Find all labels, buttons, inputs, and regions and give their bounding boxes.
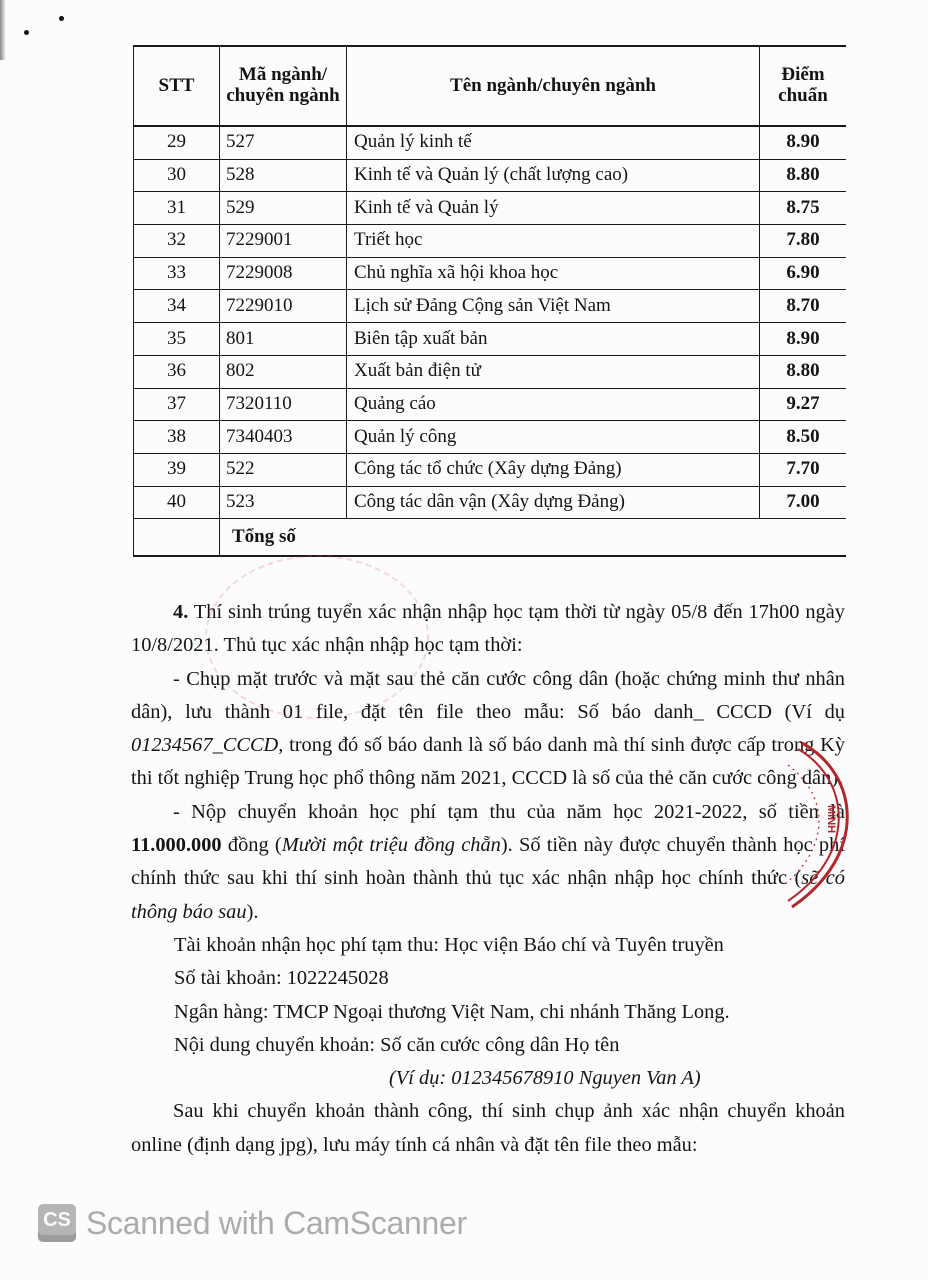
tuition-amount-words: Mười một triệu đồng chẵn [282,834,501,856]
table-header-row: STT Mã ngành/ chuyên ngành Tên ngành/chu… [134,46,847,126]
transfer-example: (Ví dụ: 012345678910 Nguyen Van A) [131,1062,845,1095]
cell-cutoff-score: 7.00 [760,486,847,519]
table-row: 347229010Lịch sử Đảng Cộng sản Việt Nam8… [134,290,847,323]
table-row: 40523Công tác dân vận (Xây dựng Đảng)7.0… [134,486,847,519]
cell-cutoff-score: 8.80 [760,355,847,388]
cell-major-code: 7340403 [220,421,347,454]
table-row: 29527Quản lý kinh tế8.90 [134,126,847,159]
camscanner-logo-icon: CS [38,1204,76,1242]
cell-major-code: 527 [220,126,347,159]
cell-stt: 39 [134,453,220,486]
cell-cutoff-score: 7.70 [760,453,847,486]
ink-dot [59,16,64,21]
table-row: 35801Biên tập xuất bản8.90 [134,323,847,356]
total-label: Tổng số [220,519,760,557]
table-row: 30528Kinh tế và Quản lý (chất lượng cao)… [134,159,847,192]
cell-stt: 37 [134,388,220,421]
header-major-code: Mã ngành/ chuyên ngành [220,46,347,126]
cell-stt: 38 [134,421,220,454]
cell-major-name: Xuất bản điện tử [347,355,760,388]
cell-stt: 29 [134,126,220,159]
cell-cutoff-score: 8.70 [760,290,847,323]
section-4-intro: 4. Thí sinh trúng tuyển xác nhận nhập họ… [131,596,845,663]
cell-major-code: 802 [220,355,347,388]
cell-cutoff-score: 8.50 [760,421,847,454]
section-4-text: 4. Thí sinh trúng tuyển xác nhận nhập họ… [131,596,845,1162]
bullet-id-card: - Chụp mặt trước và mặt sau thẻ căn cước… [131,663,845,796]
cell-cutoff-score: 9.27 [760,388,847,421]
cell-major-code: 523 [220,486,347,519]
tuition-amount: 11.000.000 [131,834,222,856]
cell-cutoff-score: 7.80 [760,225,847,258]
cell-major-code: 529 [220,192,347,225]
after-transfer-instructions: Sau khi chuyển khoản thành công, thí sin… [131,1095,845,1162]
table-row: 387340403Quản lý công8.50 [134,421,847,454]
table-row: 31529Kinh tế và Quản lý8.75 [134,192,847,225]
account-holder: Tài khoản nhận học phí tạm thu: Học viện… [131,929,845,962]
cell-major-name: Biên tập xuất bản [347,323,760,356]
ink-dot [24,30,29,35]
cell-cutoff-score: 8.80 [760,159,847,192]
cell-major-code: 7229008 [220,257,347,290]
table-row: 337229008Chủ nghĩa xã hội khoa học6.90 [134,257,847,290]
table-row: 377320110Quảng cáo9.27 [134,388,847,421]
bullet2-text-d: ). [247,901,259,923]
header-cutoff-score: Điểm chuẩn [760,46,847,126]
total-stt-cell [134,519,220,557]
cell-cutoff-score: 8.90 [760,126,847,159]
cell-cutoff-score: 8.75 [760,192,847,225]
header-major-name: Tên ngành/chuyên ngành [347,46,760,126]
cell-stt: 34 [134,290,220,323]
cell-stt: 40 [134,486,220,519]
cell-major-name: Quảng cáo [347,388,760,421]
cell-major-name: Quản lý kinh tế [347,126,760,159]
cell-major-name: Triết học [347,225,760,258]
camscanner-watermark: CS Scanned with CamScanner [38,1204,467,1242]
cell-major-code: 7229010 [220,290,347,323]
cell-stt: 36 [134,355,220,388]
watermark-text: Scanned with CamScanner [86,1205,467,1242]
cell-stt: 35 [134,323,220,356]
cell-major-name: Kinh tế và Quản lý (chất lượng cao) [347,159,760,192]
admission-score-table: STT Mã ngành/ chuyên ngành Tên ngành/chu… [133,45,846,557]
cell-cutoff-score: 6.90 [760,257,847,290]
cell-stt: 33 [134,257,220,290]
transfer-content: Nội dung chuyển khoản: Số căn cước công … [131,1029,845,1062]
cell-major-name: Chủ nghĩa xã hội khoa học [347,257,760,290]
page-edge-shadow [0,0,6,60]
header-stt: STT [134,46,220,126]
bullet2-text-a: - Nộp chuyển khoản học phí tạm thu của n… [173,801,845,823]
account-number: Số tài khoản: 1022245028 [131,962,845,995]
section-number: 4. [173,601,188,623]
cell-major-code: 528 [220,159,347,192]
filename-example: 01234567_CCCD [131,734,278,756]
cell-major-name: Lịch sử Đảng Cộng sản Việt Nam [347,290,760,323]
cell-major-code: 7320110 [220,388,347,421]
cell-major-name: Công tác dân vận (Xây dựng Đảng) [347,486,760,519]
intro-text: Thí sinh trúng tuyển xác nhận nhập học t… [131,601,845,656]
bullet2-text-b: đồng ( [222,834,282,856]
bullet1-text-a: - Chụp mặt trước và mặt sau thẻ căn cước… [131,668,845,723]
cell-stt: 31 [134,192,220,225]
cell-major-code: 7229001 [220,225,347,258]
bullet-tuition-payment: - Nộp chuyển khoản học phí tạm thu của n… [131,796,845,929]
cell-major-code: 522 [220,453,347,486]
table-row: 327229001Triết học7.80 [134,225,847,258]
table-row: 39522Công tác tổ chức (Xây dựng Đảng)7.7… [134,453,847,486]
bank-name: Ngân hàng: TMCP Ngoại thương Việt Nam, c… [131,996,845,1029]
cell-stt: 30 [134,159,220,192]
table-total-row: Tổng số [134,519,847,557]
total-score-cell [760,519,847,557]
cell-major-name: Quản lý công [347,421,760,454]
logo-text: CS [43,1209,71,1232]
table-body: 29527Quản lý kinh tế8.9030528Kinh tế và … [134,126,847,556]
table-row: 36802Xuất bản điện tử8.80 [134,355,847,388]
cell-major-code: 801 [220,323,347,356]
cell-cutoff-score: 8.90 [760,323,847,356]
cell-stt: 32 [134,225,220,258]
cell-major-name: Kinh tế và Quản lý [347,192,760,225]
cell-major-name: Công tác tổ chức (Xây dựng Đảng) [347,453,760,486]
